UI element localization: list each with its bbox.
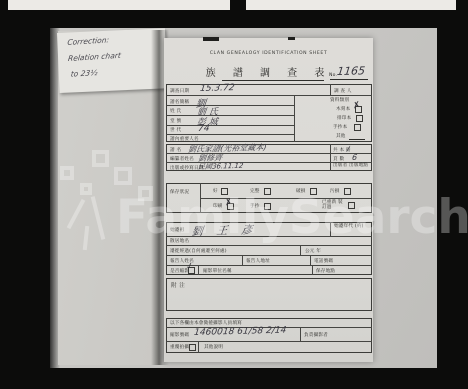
logo-square (114, 167, 132, 185)
condition-opt-stained: 污損 (330, 188, 340, 194)
founder-era-label: 始遷年代 (約) (334, 224, 364, 229)
s6-line (166, 341, 372, 342)
checkbox-complete (264, 188, 271, 195)
s4-line (242, 255, 243, 265)
condition-opt-good: 好 (213, 188, 218, 194)
s1-line (294, 95, 295, 142)
s2-line (330, 144, 331, 171)
s1-line (166, 115, 294, 116)
checkbox-opt2 (356, 115, 363, 122)
checkbox-damaged (310, 188, 317, 195)
refilmed-label: 重覆拍攝 (170, 344, 189, 350)
checkbox-good (221, 188, 228, 195)
s1-footer-label: 譜內重要人名 (170, 136, 199, 142)
form-number-value: 1165 (336, 64, 366, 78)
other-fill-line (349, 139, 365, 140)
condition-opt-complete: 完整 (250, 188, 260, 194)
s1-r4-label: 世 代 (170, 127, 181, 133)
migration-year-label: 公元 年 (305, 248, 321, 254)
photographer-label: 負責攝影者 (304, 332, 328, 338)
form-number-underline (330, 79, 368, 80)
condition-opt-rebound: 已重新 裝訂過 (322, 200, 344, 211)
form-title-english: CLAN GENEALOGY IDENTIFICATION SHEET (164, 51, 373, 56)
title-underline (222, 80, 324, 81)
s4-line (330, 222, 331, 236)
s6-line (198, 341, 199, 353)
condition-opt-printed: 印刷 (213, 203, 223, 209)
film-top-strip-left (8, 0, 230, 10)
notes-label: 附 注 (171, 281, 185, 289)
s4-line (198, 265, 199, 275)
s1-line (166, 105, 294, 106)
condition-opt-damaged: 破損 (296, 188, 306, 194)
material-opt-4: 其他 (336, 133, 346, 139)
s1-r1-label: 譜名簡稱 (170, 99, 189, 105)
s4-line (300, 245, 301, 255)
reporter-address-label: 報告人地址 (246, 258, 270, 264)
logo-square (138, 186, 153, 201)
dispersal-label: 散居地名 (170, 238, 189, 244)
s2-r2-label: 編纂者姓名 (170, 156, 194, 162)
survey-date-value: 15.3.72 (199, 83, 235, 94)
s1-line (330, 84, 331, 95)
checkbox-refilmed (189, 344, 196, 351)
s4-line (310, 255, 311, 265)
s6-line (300, 327, 301, 341)
checkbox-stained (344, 188, 351, 195)
note-line-3: to 23½ (70, 68, 98, 79)
migration-label: 遷徙經過(自何處遷至何處) (170, 248, 227, 254)
s4-line (166, 255, 372, 256)
film-number-label: 縮影號碼 (170, 332, 189, 338)
section-notes (166, 278, 372, 311)
s1-line (166, 125, 294, 126)
note-line-2: Relation chart (68, 51, 122, 63)
paper-smudge-mark (288, 37, 295, 40)
surveyor-label: 調 查 人 (334, 88, 352, 94)
film-top-strip-right (246, 0, 456, 10)
s2-r2-right-value: 6 (351, 153, 357, 162)
note-line-1: Correction: (67, 35, 110, 47)
s2-r2-right-label: 頁 數 (333, 156, 344, 162)
s2-r3-right-label: 出版者 出版地點 (333, 163, 369, 168)
checkbox-opt3 (354, 124, 361, 131)
material-opt-2: 排印本 (337, 115, 351, 121)
s1-r4-value: 74 (197, 124, 210, 134)
checkbox-handcopied (264, 203, 271, 210)
s2-r3-value: 民國36.11.12 (197, 161, 243, 172)
condition-opt-handcopied: 手抄 (250, 203, 260, 209)
s4-line (312, 265, 313, 275)
paper-clip-mark (203, 37, 219, 41)
s3-line (200, 183, 201, 213)
logo-square (92, 150, 109, 167)
founder-label: 始遷祖 (170, 227, 184, 233)
s1-r2-label: 姓 氏 (170, 108, 181, 114)
s1-line (166, 134, 294, 135)
s2-r1-label: 譜 名 (170, 147, 181, 153)
film-unit-label: 縮影單位名稱 (203, 268, 232, 274)
material-type-header: 資料類別 (330, 97, 349, 103)
microfilm-scan-frame: Correction: Relation chart to 23½ CLAN G… (0, 0, 468, 389)
checkbox-rebound (348, 202, 355, 209)
other-remarks-label: 其他說明 (204, 344, 223, 350)
phone-label: 電話號碼 (314, 258, 333, 264)
logo-square (80, 183, 92, 195)
storage-place-label: 保存地點 (316, 268, 335, 274)
s1-r3-label: 堂 號 (170, 118, 181, 124)
logo-square (60, 166, 74, 180)
s4-line (166, 265, 372, 266)
office-header-label: 以下各欄由本會微捲攝影人員填寫 (170, 320, 242, 326)
material-opt-3: 手抄本 (333, 124, 347, 130)
survey-date-label: 調查日期 (170, 88, 189, 94)
founder-value: 劉 王 彥 (191, 221, 258, 239)
material-opt-1: 木刻本 (336, 106, 350, 112)
s4-line (166, 245, 372, 246)
condition-header: 保存狀況 (170, 189, 189, 195)
